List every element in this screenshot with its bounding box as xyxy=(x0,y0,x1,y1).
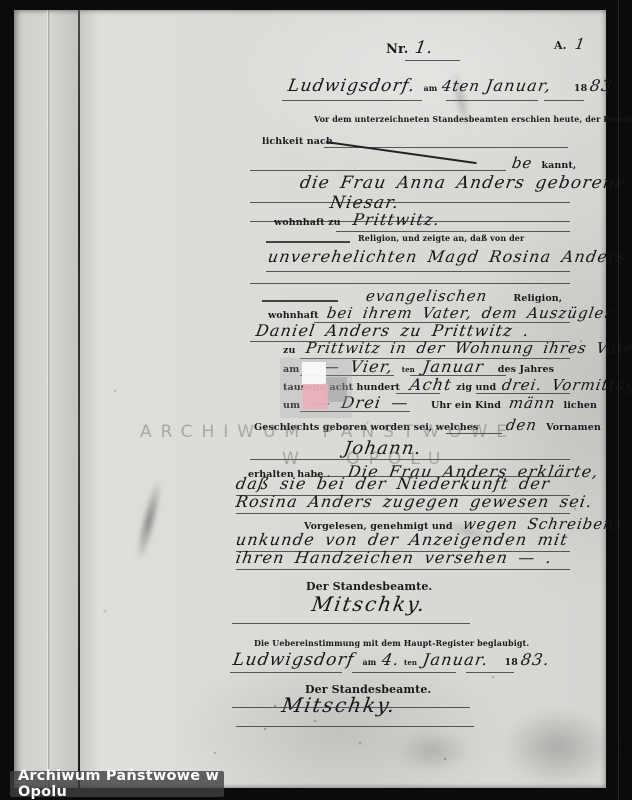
father-residence-line1: wohnhaft bei ihrem Vater, dem Auszügler xyxy=(268,304,612,322)
vornamen-line: den Vornamen xyxy=(506,416,601,434)
handwritten-entry: Acht xyxy=(409,375,454,394)
form-rule xyxy=(405,60,460,61)
signature: Mitschky. xyxy=(280,693,398,717)
heading-day: 4ten xyxy=(441,77,482,95)
form-rule xyxy=(232,623,470,624)
handwritten-entry: Daniel Anders zu Prittwitz . xyxy=(254,321,531,340)
handwritten-entry: die Frau Anna Anders geborene xyxy=(298,173,628,193)
printed-text: ten xyxy=(404,658,417,667)
intro-line1: Vor dem unterzeichneten Standesbeamten e… xyxy=(314,114,632,124)
handwritten-entry: männ xyxy=(508,394,557,412)
handwritten-entry: Prittwitz. xyxy=(351,210,441,229)
heading-century: 18 xyxy=(574,83,587,94)
archive-logo-white-square-icon xyxy=(302,362,326,385)
handwritten-entry: Januar. xyxy=(422,650,490,669)
printed-text: 18 xyxy=(505,657,518,668)
page-fold-line xyxy=(47,10,48,788)
form-rule xyxy=(336,231,570,232)
declarant-line1: die Frau Anna Anders geborene xyxy=(300,173,626,193)
handwritten-entry: 4. xyxy=(381,650,402,669)
closing-line2: unkunde von der Anzeigenden mit xyxy=(236,530,568,549)
record-number-label: Nr. xyxy=(386,42,408,57)
form-rule xyxy=(232,707,470,708)
certification-date-line: Ludwigsdorf am 4. ten Januar. 18 83. xyxy=(233,650,550,670)
residence-line: wohnhaft zu Prittwitz. xyxy=(274,210,440,229)
form-rule xyxy=(446,100,538,101)
statement-line3: Rosina Anders zugegen gewesen sei. xyxy=(236,492,593,511)
known-line: be kannt, xyxy=(512,154,576,172)
form-rule xyxy=(250,202,570,203)
printed-text: Vornamen xyxy=(546,422,601,433)
form-rule xyxy=(352,672,456,673)
heading-year: 83. xyxy=(589,76,621,95)
form-rule xyxy=(282,100,422,101)
ink-smudge xyxy=(132,478,166,564)
scan-edge-line xyxy=(618,0,619,800)
printed-text: zig und xyxy=(456,382,496,393)
record-number: Nr. 1. xyxy=(386,38,434,58)
printed-text: wohnhaft zu xyxy=(274,217,341,228)
handwritten-entry: daß sie bei der Niederkunft der xyxy=(234,474,551,493)
corner-value: 1 xyxy=(573,35,586,53)
paper-stain xyxy=(396,730,470,772)
form-rule xyxy=(544,100,584,101)
register-page: Nr. 1. A. 1 Ludwigsdorf. am 4ten Januar,… xyxy=(14,10,606,788)
printed-text: ten xyxy=(402,365,415,374)
registrar2-signature-line: Mitschky. xyxy=(282,693,396,717)
heading-line: Ludwigsdorf. am 4ten Januar, 18 83. xyxy=(288,76,619,96)
printed-text: Vor dem unterzeichneten Standesbeamten e… xyxy=(314,114,632,124)
form-rule xyxy=(230,672,342,673)
printed-text: Religion, xyxy=(513,293,562,304)
printed-text: zu xyxy=(283,345,296,356)
birth-place-line: zu Prittwitz in der Wohnung ihres Vaters… xyxy=(283,339,632,357)
closing-line3: ihren Handzeichen versehen — . xyxy=(236,548,552,567)
handwritten-entry: Rosina Anders zugegen gewesen sei. xyxy=(234,492,594,511)
document-scan: Nr. 1. A. 1 Ludwigsdorf. am 4ten Januar,… xyxy=(0,0,632,800)
handwritten-entry: drei. Vormittags xyxy=(501,376,632,394)
handwritten-entry: Prittwitz in der Wohnung ihres Vaters. xyxy=(304,339,632,357)
registrar-signature-line: Mitschky. xyxy=(312,592,426,616)
form-rule xyxy=(250,170,506,171)
handwritten-entry: Januar xyxy=(421,357,485,376)
form-rule xyxy=(250,283,570,284)
heading-place: Ludwigsdorf. xyxy=(286,76,417,96)
printed-text: des Jahres xyxy=(498,364,554,375)
printed-text: lichen xyxy=(564,400,597,411)
handwritten-entry: bei ihrem Vater, dem Auszügler xyxy=(325,304,613,322)
certification-line: Die Uebereinstimmung mit dem Haupt-Regis… xyxy=(254,638,529,648)
handwritten-entry: 83. xyxy=(519,650,551,669)
form-rule xyxy=(236,726,474,727)
blank-dash xyxy=(262,300,338,302)
form-rule xyxy=(236,513,570,514)
father-residence-line2: Daniel Anders zu Prittwitz . xyxy=(256,321,530,340)
printed-text: Religion, und zeigte an, daß von der xyxy=(358,233,524,243)
handwritten-entry: unverehelichten Magd Rosina Anders xyxy=(266,247,627,266)
blank-dash xyxy=(266,241,350,243)
printed-text: kannt, xyxy=(541,160,576,171)
printed-text: am xyxy=(362,657,376,667)
printed-text: Uhr ein Kind xyxy=(431,400,501,411)
watermark-text-line2: W OPOLU xyxy=(282,449,449,469)
blank-strikethrough xyxy=(326,141,477,164)
corner-label: A. xyxy=(554,39,567,52)
handwritten-entry: ihren Handzeichen versehen — . xyxy=(234,548,553,567)
heading-month: Januar, xyxy=(485,76,553,95)
handwritten-entry: Ludwigsdorf xyxy=(231,650,356,670)
paper-specks xyxy=(14,10,16,12)
record-number-value: 1. xyxy=(414,38,436,58)
form-rule xyxy=(236,569,570,570)
intro-line2: lichkeit nach xyxy=(262,136,333,147)
printed-text: lichkeit nach xyxy=(262,136,333,147)
heading-am-label: am xyxy=(423,83,437,93)
printed-text: Die Uebereinstimmung mit dem Haupt-Regis… xyxy=(254,638,529,648)
religion-line: evangelischen Religion, xyxy=(366,287,562,305)
paper-stain xyxy=(502,708,614,786)
handwritten-entry: unkunde von der Anzeigenden mit xyxy=(234,530,569,549)
signature: Mitschky. xyxy=(310,592,428,616)
form-rule xyxy=(466,672,514,673)
archive-name: Archiwum Państwowe w Opolu xyxy=(18,768,224,800)
archive-watermark-bar: Archiwum Państwowe w Opolu xyxy=(10,771,224,797)
archive-logo-pink-square-icon xyxy=(303,384,328,409)
printed-text: wohnhaft xyxy=(268,310,319,321)
form-rule xyxy=(266,271,570,272)
mother-line: unverehelichten Magd Rosina Anders xyxy=(268,247,626,266)
religion-notice-line: Religion, und zeigte an, daß von der xyxy=(358,233,524,243)
corner-annotation: A. 1 xyxy=(554,35,585,53)
handwritten-entry: be xyxy=(511,154,534,172)
statement-line2: daß sie bei der Niederkunft der xyxy=(236,474,550,493)
handwritten-entry: evangelischen xyxy=(365,287,489,305)
watermark-text-line1: ARCHIWUM PAŃSTWOWE xyxy=(140,422,516,442)
book-binding-line xyxy=(78,10,80,788)
